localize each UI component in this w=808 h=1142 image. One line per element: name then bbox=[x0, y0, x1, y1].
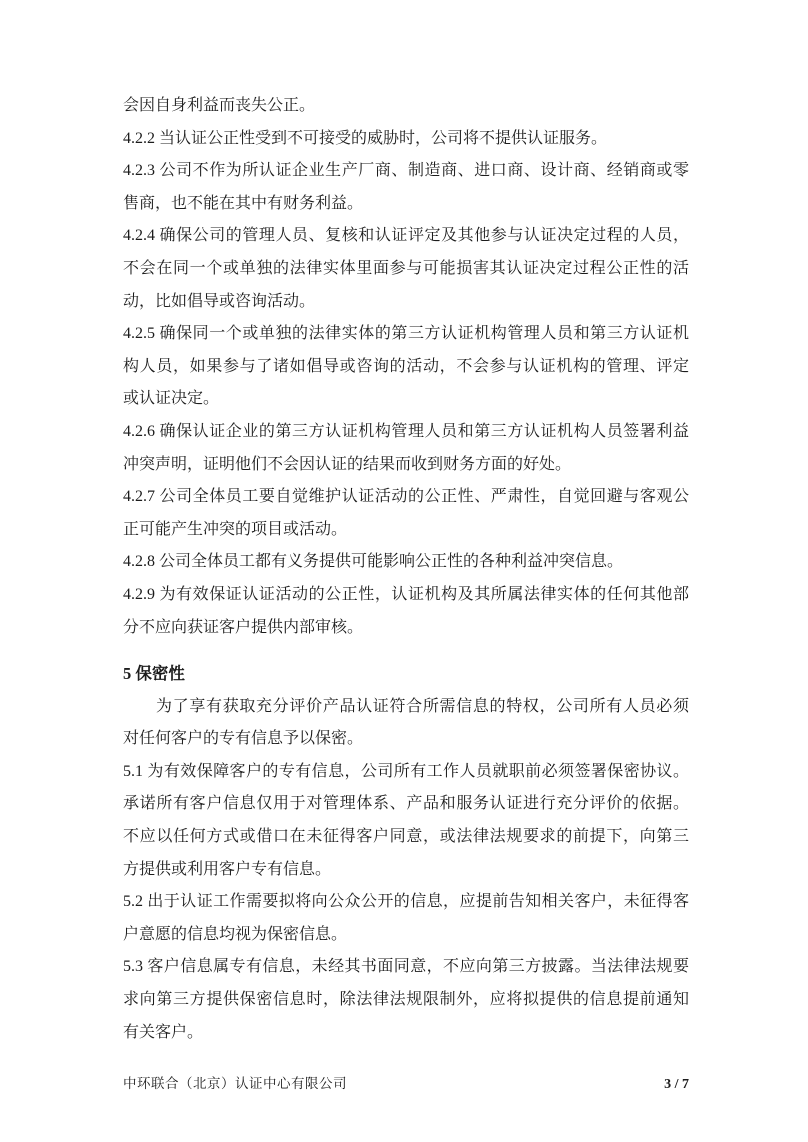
document-page: 会因自身利益而丧失公正。4.2.2 当认证公正性受到不可接受的威胁时，公司将不提… bbox=[0, 0, 808, 1142]
document-line: 售商，也不能在其中有财务利益。 bbox=[123, 188, 689, 221]
document-line: 构人员，如果参与了诸如倡导或咨询的活动，不会参与认证机构的管理、评定 bbox=[123, 351, 689, 384]
document-line: 求向第三方提供保密信息时，除法律法规限制外，应将拟提供的信息提前通知 bbox=[123, 984, 689, 1017]
document-line: 5.1 为有效保障客户的专有信息，公司所有工作人员就职前必须签署保密协议。 bbox=[123, 756, 689, 789]
page-number: 3 / 7 bbox=[664, 1077, 689, 1093]
document-line: 4.2.6 确保认证企业的第三方认证机构管理人员和第三方认证机构人员签署利益 bbox=[123, 416, 689, 449]
document-line: 承诺所有客户信息仅用于对管理体系、产品和服务认证进行充分评价的依据。 bbox=[123, 788, 689, 821]
footer-company-name: 中环联合（北京）认证中心有限公司 bbox=[123, 1072, 347, 1092]
document-line: 4.2.2 当认证公正性受到不可接受的威胁时，公司将不提供认证服务。 bbox=[123, 123, 689, 156]
document-line: 正可能产生冲突的项目或活动。 bbox=[123, 514, 689, 547]
document-line: 4.2.5 确保同一个或单独的法律实体的第三方认证机构管理人员和第三方认证机 bbox=[123, 318, 689, 351]
document-line: 或认证决定。 bbox=[123, 383, 689, 416]
section-heading: 5 保密性 bbox=[123, 658, 689, 691]
document-line: 5.3 客户信息属专有信息，未经其书面同意，不应向第三方披露。当法律法规要 bbox=[123, 951, 689, 984]
document-body: 会因自身利益而丧失公正。4.2.2 当认证公正性受到不可接受的威胁时，公司将不提… bbox=[123, 90, 689, 1049]
document-line: 户意愿的信息均视为保密信息。 bbox=[123, 919, 689, 952]
document-line: 4.2.4 确保公司的管理人员、复核和认证评定及其他参与认证决定过程的人员， bbox=[123, 220, 689, 253]
document-line: 5.2 出于认证工作需要拟将向公众公开的信息，应提前告知相关客户，未征得客 bbox=[123, 886, 689, 919]
document-line: 4.2.3 公司不作为所认证企业生产厂商、制造商、进口商、设计商、经销商或零 bbox=[123, 155, 689, 188]
document-line: 分不应向获证客户提供内部审核。 bbox=[123, 612, 689, 645]
document-line: 动，比如倡导或咨询活动。 bbox=[123, 286, 689, 319]
section-gap bbox=[123, 644, 689, 658]
document-line: 冲突声明，证明他们不会因认证的结果而收到财务方面的好处。 bbox=[123, 449, 689, 482]
document-line: 不应以任何方式或借口在未征得客户同意，或法律法规要求的前提下，向第三 bbox=[123, 821, 689, 854]
page-footer: 中环联合（北京）认证中心有限公司 3 / 7 bbox=[123, 1072, 689, 1093]
document-line: 会因自身利益而丧失公正。 bbox=[123, 90, 689, 123]
document-line: 4.2.8 公司全体员工都有义务提供可能影响公正性的各种利益冲突信息。 bbox=[123, 546, 689, 579]
document-line: 4.2.9 为有效保证认证活动的公正性，认证机构及其所属法律实体的任何其他部 bbox=[123, 579, 689, 612]
document-line: 4.2.7 公司全体员工要自觉维护认证活动的公正性、严肃性，自觉回避与客观公 bbox=[123, 481, 689, 514]
document-line: 有关客户。 bbox=[123, 1017, 689, 1050]
document-line: 对任何客户的专有信息予以保密。 bbox=[123, 723, 689, 756]
document-line: 不会在同一个或单独的法律实体里面参与可能损害其认证决定过程公正性的活 bbox=[123, 253, 689, 286]
document-line: 为了享有获取充分评价产品认证符合所需信息的特权，公司所有人员必须 bbox=[123, 691, 689, 724]
document-line: 方提供或利用客户专有信息。 bbox=[123, 854, 689, 887]
